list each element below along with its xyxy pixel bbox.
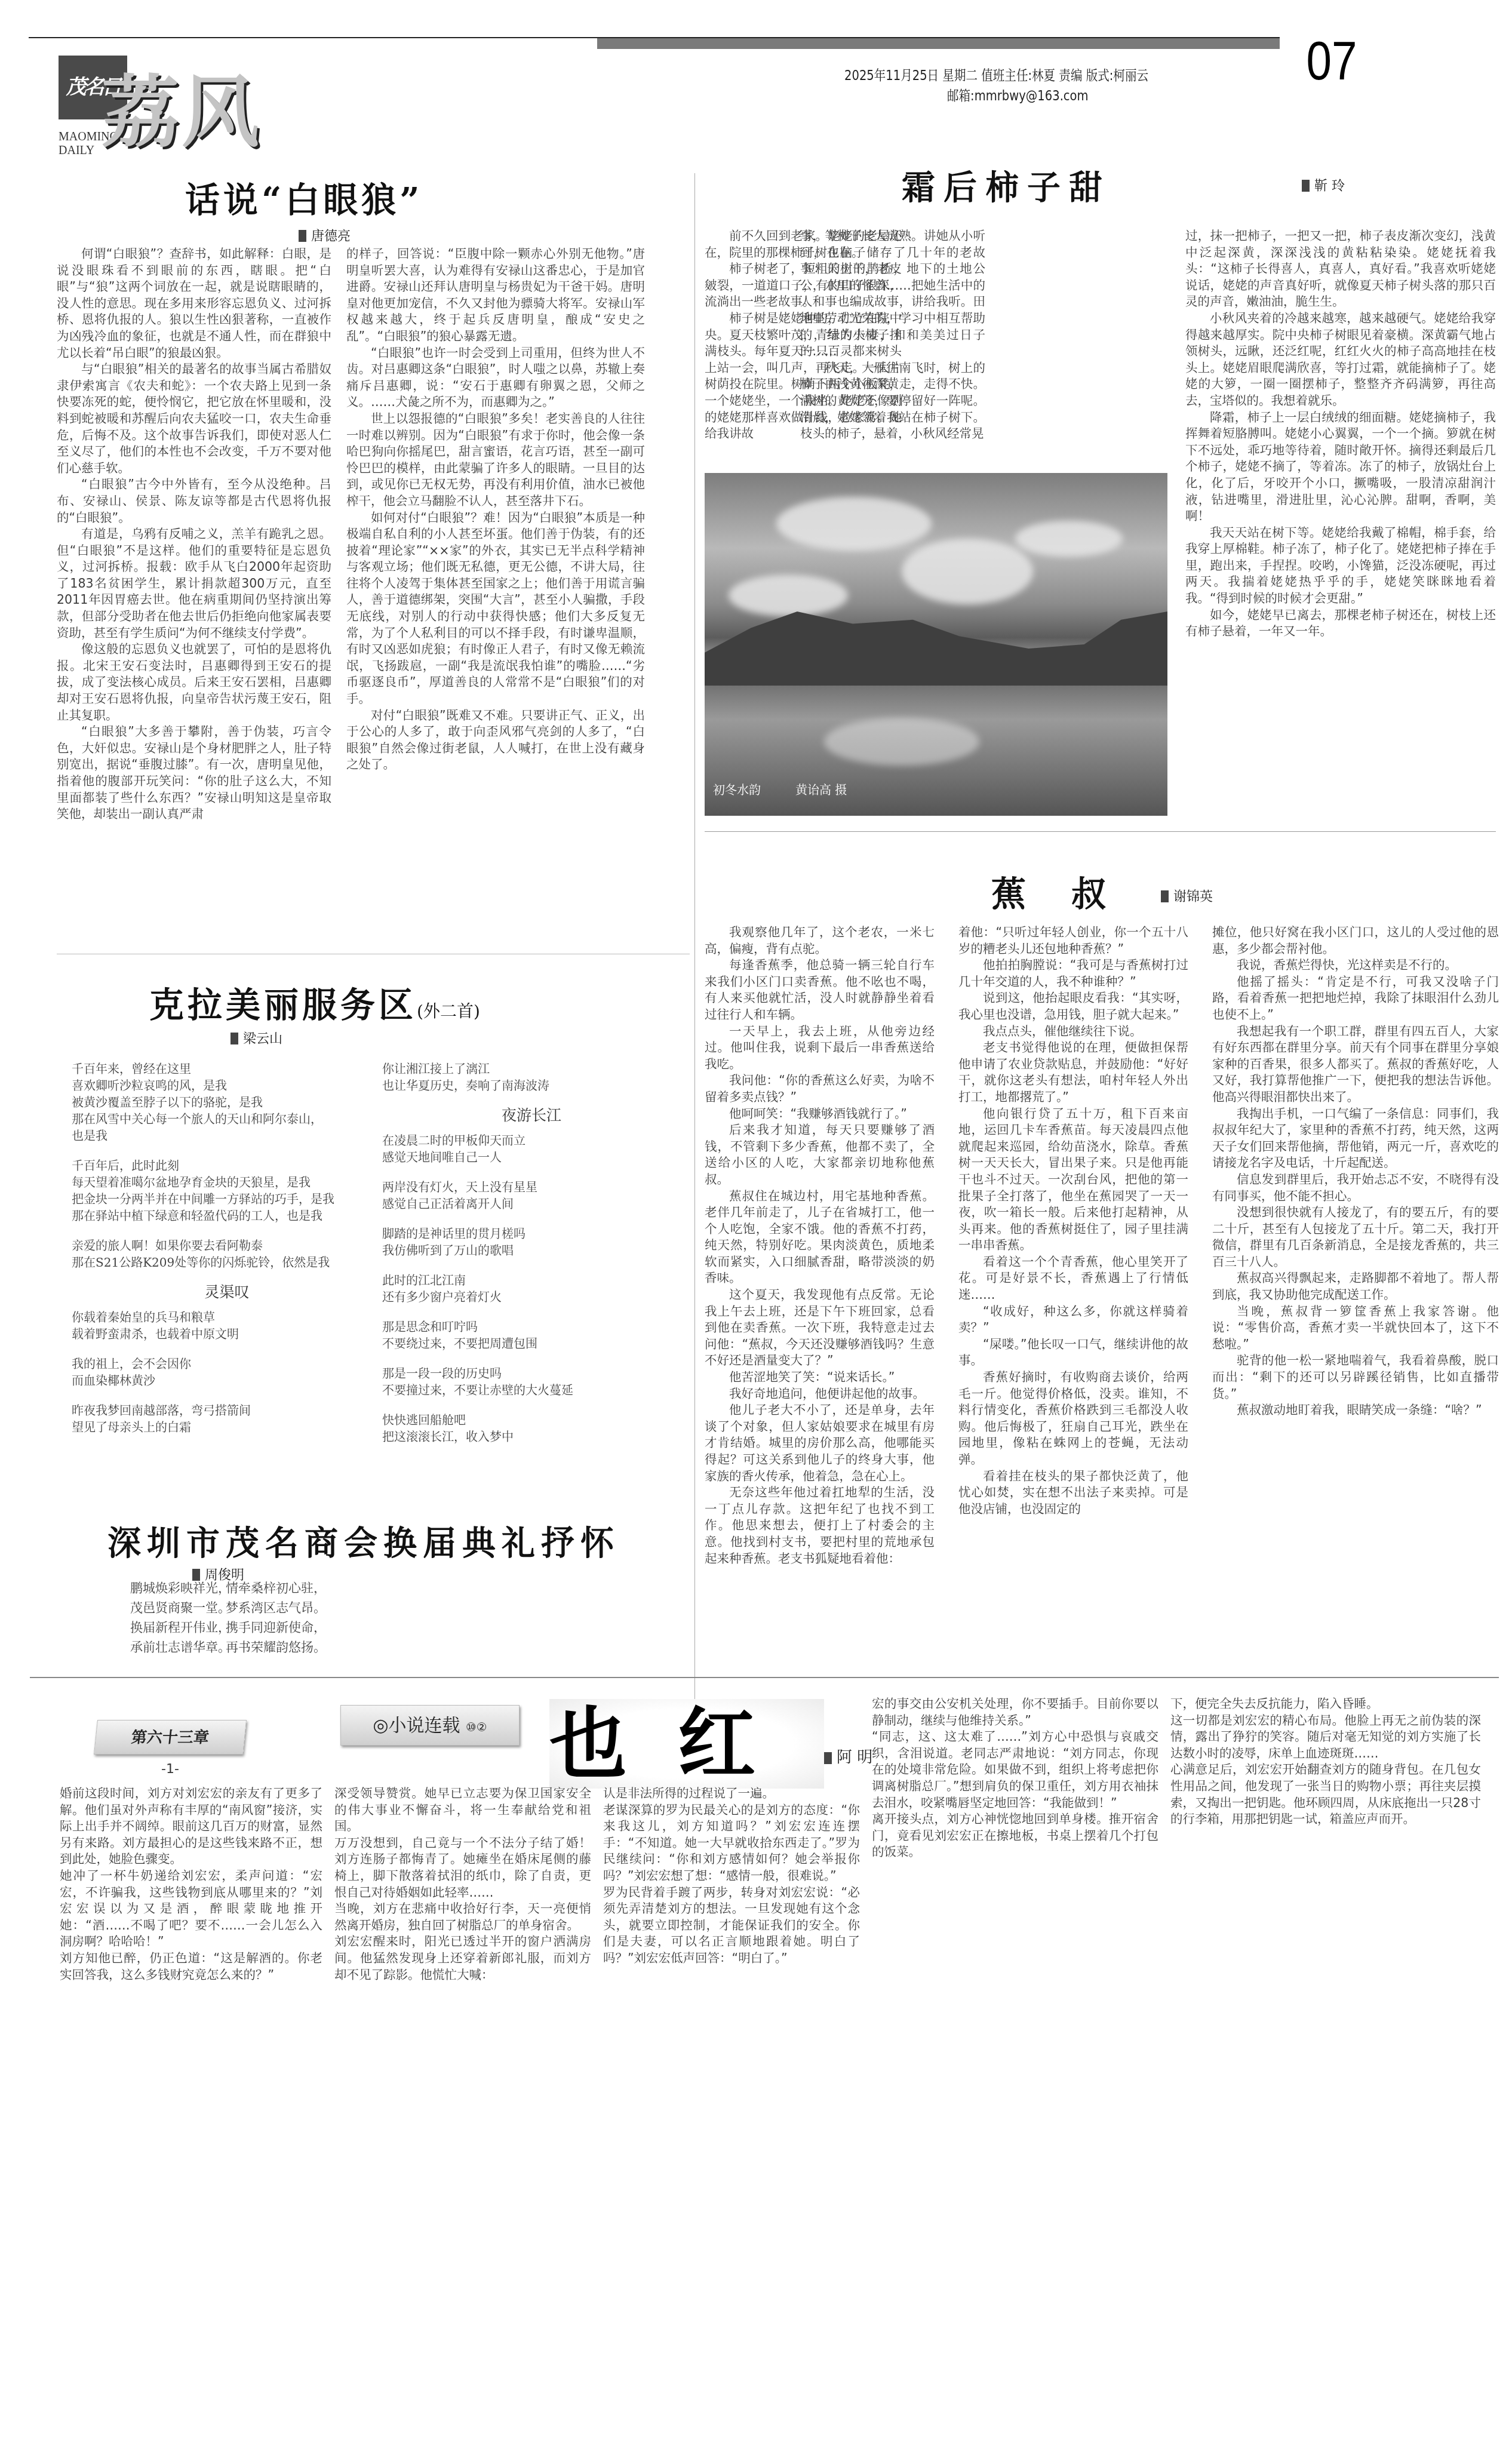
paragraph: 无奈这些年他过着扛地犁的生活，没一丁点儿存款。这把年纪了也找不到工作。他思来想去…: [705, 1485, 935, 1567]
paragraph: 蕉叔激动地盯着我，眼睛笑成一条缝：“啥？”: [1212, 1402, 1499, 1419]
stanza: 两岸没有灯火，天上没有星星感觉自己正活着离开人间: [382, 1179, 681, 1212]
poem-line: 那在驿站中植下绿意和轻盈代码的工人，也是我: [72, 1208, 382, 1224]
paragraph: 小秋风夹着的冷越来越寒，越来越硬气。姥姥给我穿得越来越厚实。院中央柿子树眼见着豪…: [1185, 311, 1496, 410]
paragraph: 像这般的忘恩负义也就罢了，可怕的是恩将仇报。北宋王安石变法时，吕惠卿得到王安石的…: [57, 641, 331, 724]
paragraph: 我掏出手机，一口气编了一条信息：同事们，我叔叔年纪大了，家里种的香蕉不打药，纯天…: [1212, 1106, 1499, 1172]
photo-caption: 初冬水韵黄诒高 摄: [713, 781, 847, 798]
paragraph: 我问他：“你的香蕉这么好卖，为啥不留着多卖点钱？”: [705, 1073, 935, 1105]
caption-title: 初冬水韵: [713, 783, 761, 797]
poem-line: 昨夜我梦回南越部落，弯弓搭箭间: [72, 1402, 382, 1419]
poem-line: 携手同迎新使命，: [226, 1618, 326, 1637]
stanza: 你载着秦始皇的兵马和粮草载着野蛮肃杀，也载着中原文明: [72, 1309, 382, 1342]
paragraph: 过，抹一把柿子，一把又一把，柿子表皮渐次变幻，浅黄中泛起深黄，深深浅浅的黄粘粘染…: [1185, 228, 1496, 311]
paragraph: 着他：“只听过年轻人创业，你一个五十八岁的糟老头儿还包地种香蕉？”: [958, 924, 1188, 957]
article-column-2: 事，等柿子长大成熟。讲她从小听到，在脑子储存了几十年的老故事：天上的鹊桥，地下的…: [800, 228, 985, 443]
caption-credit: 黄诒高 摄: [795, 783, 847, 797]
article-column: 何谓“白眼狼”？查辞书，如此解释：白眼，是说没眼珠看不到眼前的东西，瞎眼。把“白…: [57, 246, 331, 930]
novel-title: 也 红: [549, 1699, 824, 1789]
paragraph: 香蕉好摘时，有收购商去谈价，给两毛一斤。他觉得价格低，没卖。谁知，不料行情变化，…: [958, 1369, 1188, 1468]
stanza: 脚踏的是神话里的贯月槎吗我仿佛听到了万山的歌唱: [382, 1225, 681, 1259]
byline-kela: 梁云山: [231, 1028, 282, 1047]
paragraph: 看着挂在枝头的果子都快泛黄了，他忧心如焚，实在想不出法子来卖掉。可是他没店铺，也…: [958, 1468, 1188, 1518]
poem-line: 再书荣耀韵悠扬。: [226, 1637, 326, 1657]
byline-marker-icon: [1302, 180, 1310, 192]
paragraph: 我想起我有一个职工群，群里有四五百人，大家有好东西都在群里分享。前天有个同事在群…: [1212, 1024, 1499, 1106]
poem-line: 不要撞过来，不要让赤壁的大火蔓延: [382, 1382, 681, 1399]
column-divider: [694, 173, 695, 1738]
poem-line: 在凌晨二时的甲板仰天而立: [382, 1132, 681, 1149]
paragraph: 蕉叔住在城边村，用宅基地种香蕉。老伴几年前走了，儿子在省城打工，他一个人吃饱，全…: [705, 1188, 935, 1288]
poem-line: 茂邑贤商聚一堂。: [130, 1598, 231, 1618]
byline-marker-icon: [1161, 890, 1169, 902]
paragraph: “屎喽。”他长叹一口气，继续讲他的故事。: [958, 1337, 1188, 1369]
novel-column: 下，便完全失去反抗能力，陷入昏睡。 这一切都是刘宏宏的精心布局。他脸上再无之前伪…: [1170, 1696, 1481, 2445]
novel-column: 婚前这段时间，刘方对刘宏宏的亲友有了更多了解。他们虽对外声称有丰厚的“南风窗”接…: [60, 1786, 322, 2445]
poem-line: 把金块一分两半并在中间雕一方驿站的巧手，是我: [72, 1191, 382, 1208]
dateline: 2025年11月25日 星期二 值班主任:林夏 责编 版式:柯丽云: [844, 64, 1148, 84]
poem-title-suffix: (外二首): [417, 1001, 480, 1021]
poem-title-shenzhen: 深圳市茂名商会换届典礼抒怀: [107, 1517, 620, 1565]
paragraph: 何谓“白眼狼”？查辞书，如此解释：白眼，是说没眼珠看不到眼前的东西，瞎眼。把“白…: [57, 246, 331, 361]
paragraph: 没想到很快就有人接龙了，有的要五斤，有的要二十斤，甚至有人包接龙了五十斤。第二天…: [1212, 1205, 1499, 1270]
header-bar: [597, 38, 1280, 49]
poem-line: 脚踏的是神话里的贯月槎吗: [382, 1225, 681, 1242]
paragraph: 对付“白眼狼”既难又不难。只要讲正气、正义，出于公心的人多了，敢于向歪风邪气亮剑…: [346, 708, 645, 773]
byline-persimmon: 靳 玲: [1302, 176, 1345, 194]
article-column: 我观察他几年了，这个老农，一米七高，偏瘦，背有点驼。每逢香蕉季，他总骑一辆三轮自…: [705, 924, 935, 1602]
poem-line: 被黄沙覆盖至脖子以下的骆驼，是我: [72, 1094, 382, 1111]
photo-landscape: 初冬水韵黄诒高 摄: [705, 473, 1167, 816]
paragraph: 有道是，乌鸦有反哺之义，羔羊有跪乳之恩。但“白眼狼”不是这样。他们的重要特征是忘…: [57, 526, 331, 641]
stanza: 你让湘江接上了漓江也让华夏历史，奏响了南海波涛: [382, 1061, 681, 1094]
author-name: 梁云山: [243, 1031, 282, 1046]
poem-line: 我的祖上，会不会因你: [72, 1356, 382, 1372]
poem-line: 承前壮志谱华章。: [130, 1637, 231, 1657]
editor-email: 邮箱:mmrbwy@163.com: [947, 85, 1089, 105]
poem-line: 换届新程开伟业，: [130, 1618, 231, 1637]
paragraph: 信息发到群里后，我开始忐忑不安，不晓得有没有同事买，他不能不担心。: [1212, 1172, 1499, 1205]
poem-line: 而血染椰林黄沙: [72, 1372, 382, 1389]
poem-column-left: 千百年来，曾经在这里喜欢卿听沙粒哀鸣的风，是我被黄沙覆盖至脖子以下的骆驼，是我那…: [72, 1061, 382, 1449]
stanza: 那是思念和叮咛吗不要绕过来，不要把周遭包围: [382, 1319, 681, 1352]
serial-tag: ◎小说连载 ⑩②: [340, 1705, 520, 1746]
section-divider: [705, 831, 1496, 832]
novel-column: 宏的事交由公安机关处理，你不要插手。目前你要以静制动，继续与他维持关系。” “同…: [872, 1696, 1158, 2445]
paragraph: 如何对付“白眼狼”？难！因为“白眼狼”本质是一种极端自私自利的小人甚至坏蛋。他们…: [346, 510, 645, 708]
poem-line: 不要绕过来，不要把周遭包围: [382, 1335, 681, 1352]
article-title-jiaoshu: 蕉 叔: [991, 866, 1123, 916]
poem-line: 亲爱的旅人啊！如果你要去看阿勒泰: [72, 1237, 382, 1254]
article-column: 的样子，回答说：“臣腹中除一颗赤心外别无他物。”唐明皇听罢大喜，认为难得有安禄山…: [346, 246, 645, 930]
byline-marker-icon: [824, 1752, 832, 1764]
poem-line: 你载着秦始皇的兵马和粮草: [72, 1309, 382, 1326]
poem-line: 那在风雪中关心每一个旅人的天山和阿尔泰山，: [72, 1111, 382, 1127]
poem-line: 情牵桑梓初心驻，: [226, 1578, 326, 1598]
paragraph: 世上以怨报德的“白眼狼”多矣！老实善良的人往往一时难以辨别。因为“白眼狼”有求于…: [346, 411, 645, 510]
author-name: 阿 明: [837, 1749, 872, 1766]
paragraph: 看着这一个个青香蕉，他心里笑开了花。可是好景不长，香蕉遇上了行情低迷……: [958, 1254, 1188, 1304]
stanza: 那是一段一段的历史吗不要撞过来，不要让赤壁的大火蔓延: [382, 1365, 681, 1399]
poem-line: 千百年来，曾经在这里: [72, 1061, 382, 1077]
poem-line: 也是我: [72, 1127, 382, 1144]
paragraph: 每逢香蕉季，他总骑一辆三轮自行车来我们小区门口卖香蕉。他不吆也不喝，有人来买他就…: [705, 957, 935, 1023]
poem-line: 感觉自己正活着离开人间: [382, 1196, 681, 1212]
byline-novel: 阿 明: [824, 1745, 872, 1767]
paragraph: 他儿子老大不小了，还是单身，去年谈了个对象，但人家姑娘要求在城里有房才肯结婚。城…: [705, 1402, 935, 1485]
poem-line: 还有多少窗户亮着灯火: [382, 1289, 681, 1305]
stanza: 千百年来，曾经在这里喜欢卿听沙粒哀鸣的风，是我被黄沙覆盖至脖子以下的骆驼，是我那…: [72, 1061, 382, 1144]
novel-column: 深受领导赞赏。她早已立志要为保卫国家安全的伟大事业不懈奋斗，将一生奉献给党和祖国…: [334, 1786, 591, 2445]
poem-line: 两岸没有灯火，天上没有星星: [382, 1179, 681, 1196]
paragraph: 他向银行贷了五十万，租下百来亩地，运回几卡车香蕉苗。每天凌晨四点他就爬起来巡园，…: [958, 1106, 1188, 1254]
paragraph: “白眼狼”也许一时会受到上司重用，但终为世人不齿。对吕惠卿这条“白眼狼”，时人嗤…: [346, 345, 645, 411]
poem-subtitle: 灵渠叹: [72, 1284, 382, 1301]
section-divider: [57, 954, 690, 954]
paragraph: 如今，姥姥早已离去，那棵老柿子树还在，树枝上还有柿子悬着，一年又一年。: [1185, 607, 1496, 640]
paragraph: “白眼狼”大多善于攀附，善于伪装，巧言令色，大奸似忠。安禄山是个身材肥胖之人，肚…: [57, 724, 331, 823]
paragraph: 当晚，蕉叔背一箩筐香蕉上我家答谢。他说：“零售价高，香蕉才卖一半就快回本了，这下…: [1212, 1304, 1499, 1353]
poem-line: 我仿佛听到了万山的歌唱: [382, 1242, 681, 1259]
paragraph: 我天天站在树下等。姥姥给我戴了棉帽，棉手套，给我穿上厚棉鞋。柿子冻了，柿子化了。…: [1185, 525, 1496, 607]
paragraph: 我点点头，催他继续往下说。: [958, 1024, 1188, 1040]
poem-line: 你让湘江接上了漓江: [382, 1061, 681, 1077]
byline-marker-icon: [299, 230, 306, 242]
paragraph: 他拍拍胸膛说：“我可是与香蕉树打过几十年交道的人，我不种谁种？”: [958, 957, 1188, 990]
poem-line: 载着野蛮肃杀，也载着中原文明: [72, 1326, 382, 1342]
section-title: 荔风: [102, 50, 262, 162]
section-divider: [30, 1677, 1499, 1678]
byline-jiaoshu: 谢锦英: [1161, 886, 1213, 905]
paragraph: 他摇了摇头：“肯定是不行，可我又没啥子门路，看着香蕉一把把地烂掉，我除了抹眼泪什…: [1212, 974, 1499, 1024]
article-column: 着他：“只听过年轻人创业，你一个五十八岁的糟老头儿还包地种香蕉？”他拍拍胸膛说：…: [958, 924, 1188, 1602]
stanza: 我的祖上，会不会因你而血染椰林黄沙: [72, 1356, 382, 1389]
stanza: 快快逃回船舱吧把这滚滚长江，收入梦中: [382, 1412, 681, 1445]
paragraph: 我好奇地追问，他便讲起他的故事。: [705, 1386, 935, 1403]
paragraph: 蕉叔高兴得飘起来，走路脚都不着地了。帮人帮到底，我又协助他完成配送工作。: [1212, 1270, 1499, 1303]
stanza: 千百年后，此时此刻每天望着准噶尔盆地孕育金块的天狼星，是我把金块一分两半并在中间…: [72, 1157, 382, 1224]
poem-line: 喜欢卿听沙粒哀鸣的风，是我: [72, 1077, 382, 1094]
paragraph: 与“白眼狼”相关的最著名的故事当属古希腊奴隶伊索寓言《农夫和蛇》：一个农夫路上见…: [57, 361, 331, 477]
stanza: 昨夜我梦回南越部落，弯弓搭箭间望见了母亲头上的白霜: [72, 1402, 382, 1436]
poem-line: 快快逃回船舱吧: [382, 1412, 681, 1428]
stanza: 此时的江北江南还有多少窗户亮着灯火: [382, 1272, 681, 1305]
paragraph: 这个夏天，我发现他有点反常。无论我上午去上班，还是下午下班回家，总看到他在卖香蕉…: [705, 1287, 935, 1369]
paragraph: 他苦涩地笑了笑：“说来话长。”: [705, 1369, 935, 1386]
poem-line: 望见了母亲头上的白霜: [72, 1419, 382, 1436]
poem-column-right: 你让湘江接上了漓江也让华夏历史，奏响了南海波涛 夜游长江 在凌晨二时的甲板仰天而…: [382, 1061, 681, 1458]
paragraph: 摊位，他只好窝在我小区门口，这儿的人受过他的恩惠，多少都会帮衬他。: [1212, 924, 1499, 957]
article-column: 摊位，他只好窝在我小区门口，这儿的人受过他的恩惠，多少都会帮衬他。我说，香蕉烂得…: [1212, 924, 1499, 1602]
poem-line: 此时的江北江南: [382, 1272, 681, 1289]
serial-number: ⑩②: [466, 1720, 487, 1734]
poem-line: 梦系湾区志气昂。: [226, 1598, 326, 1618]
article-column-3: 过，抹一把柿子，一把又一把，柿子表皮渐次变幻，浅黄中泛起深黄，深深浅浅的黄粘粘染…: [1185, 228, 1496, 810]
poem-column-left: 鹏城焕彩映祥光，茂邑贤商聚一堂。换届新程开伟业，承前壮志谱华章。: [130, 1578, 231, 1657]
paragraph: 我说，香蕉烂得快，光这样卖是不行的。: [1212, 957, 1499, 974]
byline-bailanglang: 唐德亮: [299, 226, 351, 244]
paragraph: 一天早上，我去上班，从他旁边经过。他叫住我，说剩下最后一串香蕉送给我吃。: [705, 1024, 935, 1073]
paragraph: 秋天，大雁往南飞时，树上的柿子由浅黄往深黄走，走得不快。满树的黄灯笼，要停留好一…: [800, 360, 985, 443]
author-name: 谢锦英: [1173, 889, 1213, 904]
paragraph: 我观察他几年了，这个老农，一米七高，偏瘦，背有点驼。: [705, 924, 935, 957]
paragraph: 老支书觉得他说的在理，便做担保帮他申请了农业贷款贴息，并鼓励他：“好好干，就你这…: [958, 1040, 1188, 1105]
poem-line: 感觉天地间唯自己一人: [382, 1149, 681, 1166]
paragraph: 降霜，柿子上一层白绒绒的细面糖。姥姥摘柿子，我挥舞着短胳膊叫。姥姥小心翼翼，一个…: [1185, 410, 1496, 525]
article-title-bailanglang: 话说“白眼狼”: [185, 172, 423, 222]
poem-column-right-text: 情牵桑梓初心驻，梦系湾区志气昂。携手同迎新使命，再书荣耀韵悠扬。: [226, 1578, 326, 1657]
paragraph: 后来我才知道，每天只要赚够了酒钱，不管剩下多少香蕉，他都不卖了，全送给小区的人吃…: [705, 1122, 935, 1188]
page-number: 07: [1307, 35, 1357, 88]
poem-line: 也让华夏历史，奏响了南海波涛: [382, 1077, 681, 1094]
author-name: 唐德亮: [311, 229, 351, 244]
poem-line: 把这滚滚长江，收入梦中: [382, 1428, 681, 1445]
paragraph: 事，等柿子长大成熟。讲她从小听到，在脑子储存了几十年的老故事：天上的鹊桥，地下的…: [800, 228, 985, 360]
stanza: 亲爱的旅人啊！如果你要去看阿勒泰那在S21公路K209处等你的闪烁驼铃，依然是我: [72, 1237, 382, 1271]
poem-title-kela: 克拉美丽服务区(外二首): [149, 977, 480, 1027]
poem-line: 那在S21公路K209处等你的闪烁驼铃，依然是我: [72, 1254, 382, 1271]
poem-line: 那是思念和叮咛吗: [382, 1319, 681, 1335]
serial-label: ◎小说连载: [373, 1715, 460, 1736]
author-name: 靳 玲: [1314, 179, 1345, 193]
paragraph: “收成好，种这么多，你就这样骑着卖？”: [958, 1304, 1188, 1337]
stanza: 在凌晨二时的甲板仰天而立感觉天地间唯自己一人: [382, 1132, 681, 1166]
article-title-persimmon: 霜后柿子甜: [902, 161, 1111, 209]
paragraph: 驼背的他一松一紧地喘着气，我看着鼻酸，脱口而出：“剩下的还可以另辟蹊径销售，比如…: [1212, 1353, 1499, 1402]
paragraph: 的样子，回答说：“臣腹中除一颗赤心外别无他物。”唐明皇听罢大喜，认为难得有安禄山…: [346, 246, 645, 345]
paragraph: “白眼狼”古今中外皆有，至今从没绝种。吕布、安禄山、侯景、陈友谅等都是古代恩将仇…: [57, 477, 331, 526]
poem-line: 千百年后，此时此刻: [72, 1157, 382, 1174]
poem-line: 那是一段一段的历史吗: [382, 1365, 681, 1382]
poem-subtitle: 夜游长江: [382, 1107, 681, 1124]
paragraph: 他呵呵笑：“我赚够酒钱就行了。”: [705, 1106, 935, 1123]
paragraph: 说到这，他抬起眼皮看我：“其实呀，我心里也没谱，急用钱，胆子就大起来。”: [958, 990, 1188, 1023]
poem-line: 鹏城焕彩映祥光，: [130, 1578, 231, 1598]
poem-title-text: 克拉美丽服务区: [149, 985, 417, 1025]
byline-marker-icon: [231, 1033, 238, 1044]
poem-line: 每天望着准噶尔盆地孕育金块的天狼星，是我: [72, 1174, 382, 1191]
novel-column: 认是非法所得的过程说了一遍。 老谋深算的罗为民最关心的是刘方的态度：“你来我这儿…: [603, 1786, 860, 2445]
novel-part-number: -1-: [161, 1762, 179, 1777]
chapter-tag: 第六十三章: [94, 1720, 247, 1755]
